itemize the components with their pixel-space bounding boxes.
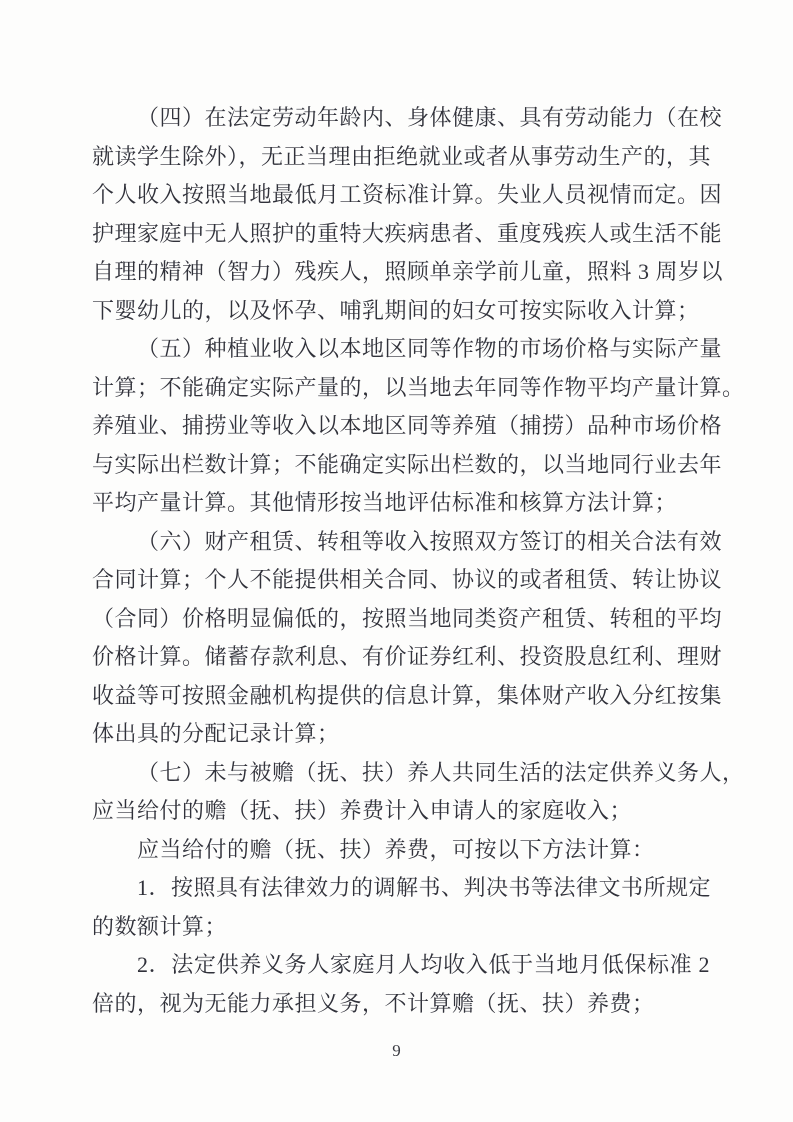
clause-4-line-3: 个人收入按照当地最低月工资标准计算。失业人员视情而定。因 [92, 176, 710, 215]
method-intro-line: 应当给付的赡（抚、扶）养费，可按以下方法计算： [92, 831, 710, 870]
clause-5-line-4: 与实际出栏数计算；不能确定实际出栏数的，以当地同行业去年 [92, 446, 710, 485]
clause-7-line-1: （七）未与被赡（抚、扶）养人共同生活的法定供养义务人， [92, 754, 710, 793]
clause-5-line-1: （五）种植业收入以本地区同等作物的市场价格与实际产量 [92, 330, 710, 369]
clause-5-line-2: 计算；不能确定实际产量的，以当地去年同等作物平均产量计算。 [92, 369, 710, 408]
clause-6-line-1: （六）财产租赁、转租等收入按照双方签订的相关合法有效 [92, 523, 710, 562]
document-body: （四）在法定劳动年龄内、身体健康、具有劳动能力（在校 就读学生除外），无正当理由… [92, 99, 710, 1023]
clause-6-line-6: 体出具的分配记录计算； [92, 715, 710, 754]
clause-7-line-2: 应当给付的赡（抚、扶）养费计入申请人的家庭收入； [92, 792, 710, 831]
clause-5-line-3: 养殖业、捕捞业等收入以本地区同等养殖（捕捞）品种市场价格 [92, 407, 710, 446]
document-page: （四）在法定劳动年龄内、身体健康、具有劳动能力（在校 就读学生除外），无正当理由… [0, 0, 793, 1122]
clause-6-line-4: 价格计算。储蓄存款利息、有价证券红利、投资股息红利、理财 [92, 638, 710, 677]
clause-4-line-4: 护理家庭中无人照护的重特大疾病患者、重度残疾人或生活不能 [92, 215, 710, 254]
clause-4-line-2: 就读学生除外），无正当理由拒绝就业或者从事劳动生产的，其 [92, 138, 710, 177]
clause-4-line-1: （四）在法定劳动年龄内、身体健康、具有劳动能力（在校 [92, 99, 710, 138]
page-number: 9 [0, 1041, 793, 1061]
method-2-line-1: 2．法定供养义务人家庭月人均收入低于当地月低保标准 2 [92, 946, 710, 985]
method-1-line-2: 的数额计算； [92, 908, 710, 947]
clause-4-line-6: 下婴幼儿的，以及怀孕、哺乳期间的妇女可按实际收入计算； [92, 292, 710, 331]
clause-6-line-5: 收益等可按照金融机构提供的信息计算，集体财产收入分红按集 [92, 677, 710, 716]
clause-5-line-5: 平均产量计算。其他情形按当地评估标准和核算方法计算； [92, 484, 710, 523]
clause-6-line-3: （合同）价格明显偏低的，按照当地同类资产租赁、转租的平均 [92, 600, 710, 639]
method-1-line-1: 1．按照具有法律效力的调解书、判决书等法律文书所规定 [92, 869, 710, 908]
method-2-line-2: 倍的，视为无能力承担义务，不计算赡（抚、扶）养费； [92, 985, 710, 1024]
clause-4-line-5: 自理的精神（智力）残疾人，照顾单亲学前儿童，照料 3 周岁以 [92, 253, 710, 292]
clause-6-line-2: 合同计算；个人不能提供相关合同、协议的或者租赁、转让协议 [92, 561, 710, 600]
